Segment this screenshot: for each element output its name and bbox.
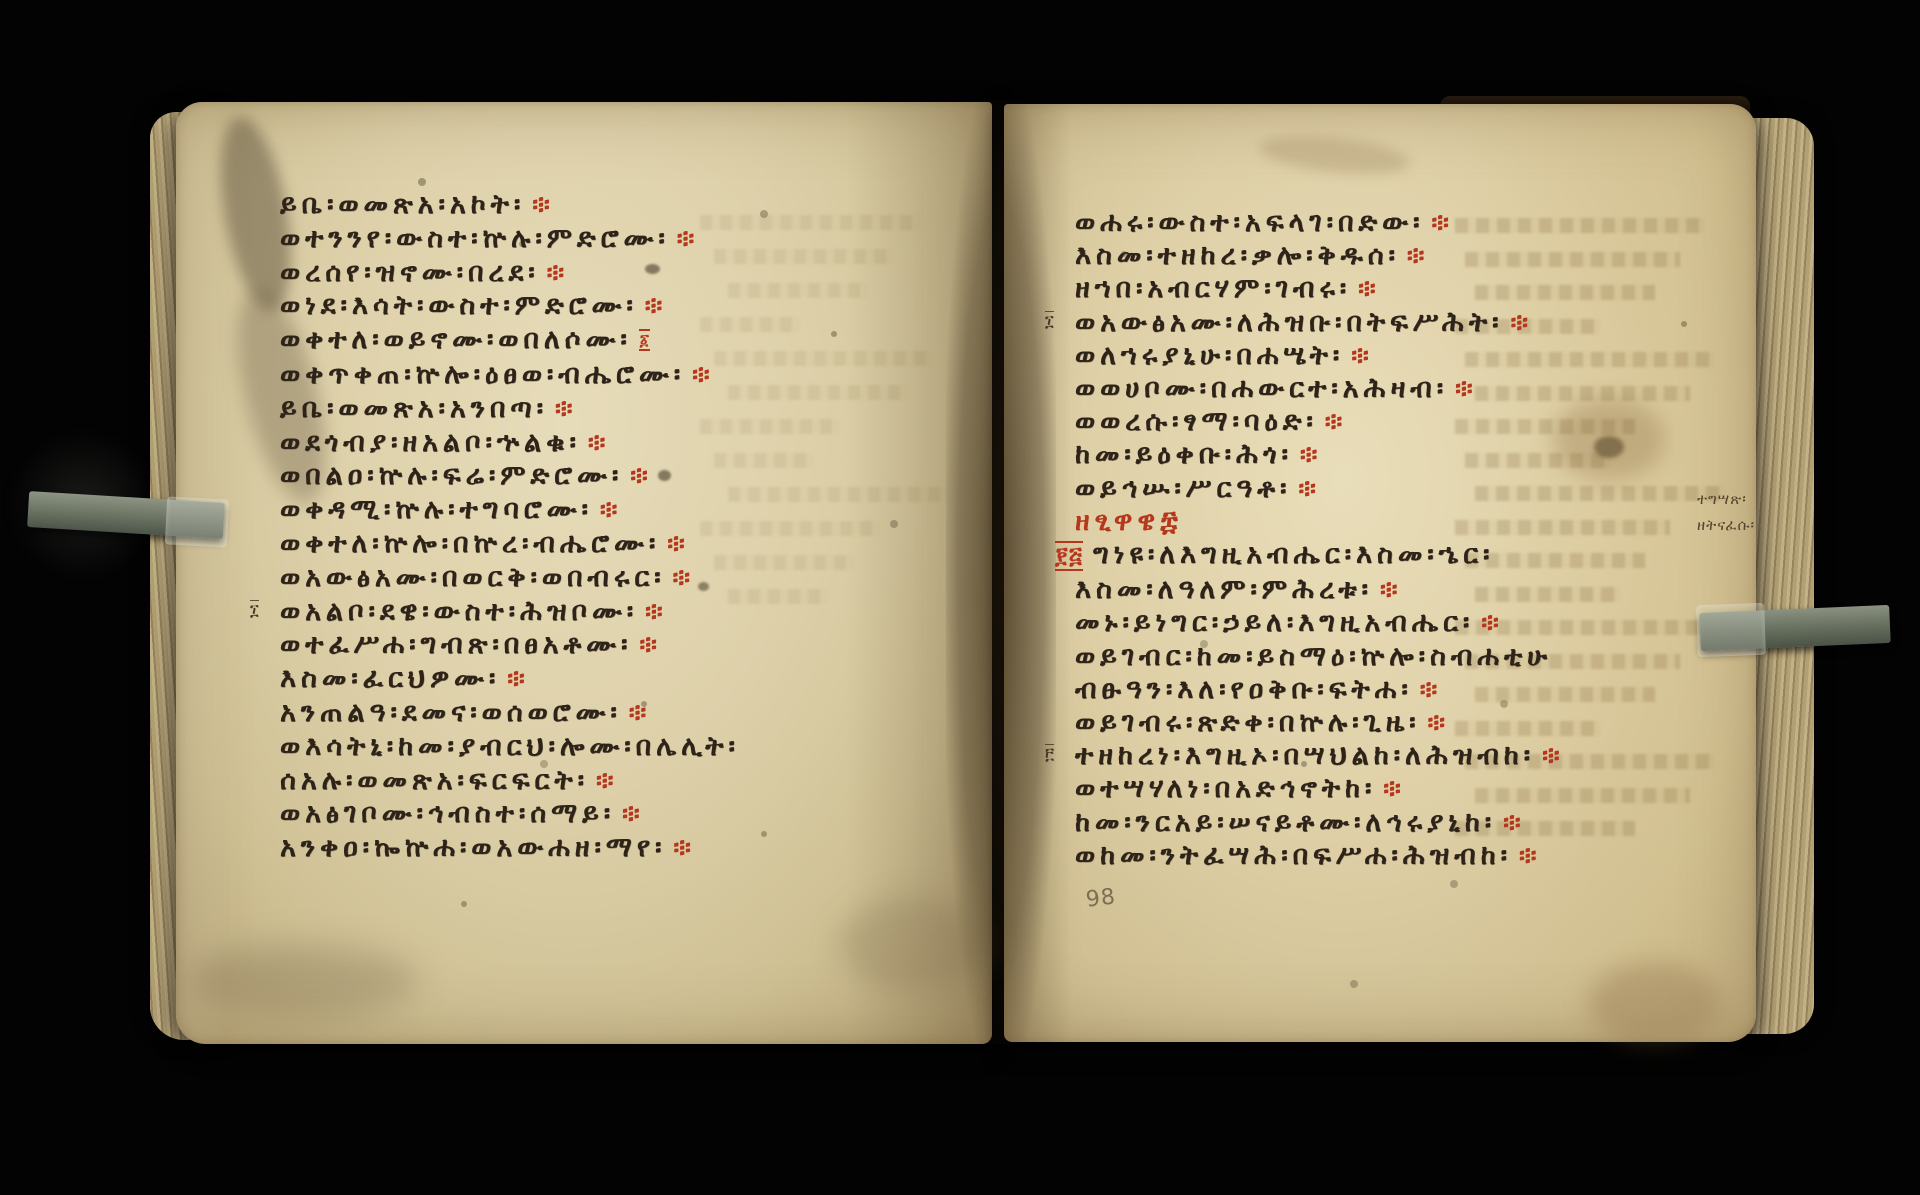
line-text: ወወረሱ፡ፃማ፡ባዕድ፡: [1075, 406, 1318, 437]
line-text: ወተሣሃለነ፡በአድኅኖትከ፡: [1075, 773, 1376, 804]
line-text: ወቀጥቀጠ፡ኵሎ፡ዕፀወ፡ብሔሮሙ፡: [280, 359, 685, 390]
verse-divider-mark: ፨: [622, 799, 645, 828]
text-line: ወቀዳሚ፡ኵሉ፡ተግባሮሙ፡፨: [280, 493, 740, 527]
psalm-number: ፻፭: [1055, 541, 1083, 571]
text-line: እስመ፡ተዘከረ፡ቃሎ፡ቅዱሰ፡፨: [1075, 239, 1565, 272]
text-line: ወተፈሥሐ፡ግብጽ፡በፀአቶሙ፡፨: [280, 628, 740, 662]
verse-divider-mark: ፨: [588, 428, 611, 457]
line-text: ወእሳትኒ፡ከመ፡ያብርህ፡ሎሙ፡በሌሊት፡: [280, 731, 740, 762]
page-number: 98: [1085, 884, 1118, 912]
verse-divider-mark: ፨: [547, 258, 570, 287]
text-line: ወለኀሩያኒሁ፡በሐሤት፡፨: [1075, 339, 1565, 372]
verse-divider-mark: ፨: [673, 833, 696, 862]
verse-divider-mark: ፨: [629, 698, 652, 727]
line-text: ወለኀሩያኒሁ፡በሐሤት፡: [1075, 340, 1344, 371]
line-text: ወነደ፡እሳት፡ውስተ፡ምድሮሙ፡: [280, 290, 638, 321]
line-text: ተዘከረነ፡እግዚኦ፡በሣህልከ፡ለሕዝብከ፡: [1075, 740, 1535, 771]
verse-divider-mark: ፨: [1519, 841, 1542, 870]
line-text: ሰአሉ፡ወመጽአ፡ፍርፍርት፡: [280, 765, 589, 796]
text-line: ከመ፡ንርአይ፡ሠናይቶሙ፡ለኅሩያኒከ፡፨: [1075, 806, 1565, 839]
text-line: ወአፅገቦሙ፡ኅብስተ፡ሰማይ፡፨: [280, 797, 740, 831]
verse-divider-mark: ፨: [1407, 241, 1430, 270]
line-text: ወተንንየ፡ውስተ፡ኵሉ፡ምድሮሙ፡: [280, 223, 670, 254]
verse-divider-mark: ፨: [555, 394, 578, 423]
text-line: ዘኀበ፡አብርሃም፡ገብሩ፡፨: [1075, 272, 1565, 305]
line-text: ወረሰየ፡ዝኖሙ፡በረደ፡: [280, 257, 540, 288]
verse-divider-mark: ፨: [1431, 208, 1454, 237]
text-line: ብፁዓን፡እለ፡የዐቅቡ፡ፍትሐ፡፨: [1075, 673, 1565, 706]
text-line: ወወሀቦሙ፡በሐውርተ፡አሕዛብ፡፨: [1075, 372, 1565, 405]
line-text: ይቤ፡ወመጽአ፡አንበጣ፡: [280, 393, 548, 424]
line-text: ብፁዓን፡እለ፡የዐቅቡ፡ፍትሐ፡: [1075, 674, 1413, 705]
verse-divider-mark: ፨: [1351, 341, 1374, 370]
stain: [838, 898, 990, 990]
line-text: ወበልዐ፡ኵሉ፡ፍሬ፡ምድሮሙ፡: [280, 460, 623, 491]
line-text: እስመ፡ተዘከረ፡ቃሎ፡ቅዱሰ፡: [1075, 240, 1400, 271]
line-text: ወቀተለ፡ወይኖሙ፡ወበለሶሙ፡: [280, 324, 632, 355]
verse-divider-mark: ፨: [673, 563, 696, 592]
text-line: ይቤ፡ወመጽአ፡አኮት፡፨: [280, 188, 740, 222]
text-line: ይቤ፡ወመጽአ፡አንበጣ፡፨: [280, 392, 740, 426]
line-text: ወአውፅአሙ፡ለሕዝቡ፡በትፍሥሕት፡: [1075, 307, 1503, 338]
line-text: ወቀዳሚ፡ኵሉ፡ተግባሮሙ፡: [280, 494, 593, 525]
bookmark-clip-right: [1696, 603, 1766, 657]
margin-section-numeral: ፫: [1045, 744, 1054, 762]
text-line: አንቀዐ፡ኰኵሐ፡ወአውሐዘ፡ማየ፡፨: [280, 831, 740, 865]
marginal-note: ተግሣጽ፡ ዘትናፈሱ፡: [1697, 486, 1755, 538]
line-text: ወይኅሡ፡ሥርዓቶ፡: [1075, 473, 1291, 504]
text-line: ወይገብር፡ከመ፡ይስማዕ፡ኵሎ፡ስብሐቲሁ: [1075, 640, 1565, 673]
line-text: ወከመ፡ንትፈሣሕ፡በፍሥሐ፡ሕዝብከ፡: [1075, 840, 1512, 871]
line-text: አንቀዐ፡ኰኵሐ፡ወአውሐዘ፡ማየ፡: [280, 832, 666, 863]
verse-divider-mark: ፨: [1510, 308, 1533, 337]
verse-divider-mark: ፨: [645, 291, 668, 320]
verse-divider-mark: ፨: [1503, 808, 1526, 837]
text-line: አንጠልዓ፡ደመና፡ወሰወሮሙ፡፨: [280, 696, 740, 730]
margin-section-numeral: ፲: [250, 600, 259, 618]
line-text: ወይገብር፡ከመ፡ይስማዕ፡ኵሎ፡ስብሐቲሁ: [1075, 641, 1552, 672]
text-line: ወነደ፡እሳት፡ውስተ፡ምድሮሙ፡፨: [280, 289, 740, 323]
bleed-through-row: [728, 385, 908, 400]
marginal-note-line: ዘትናፈሱ፡: [1697, 512, 1755, 538]
book-gutter-shadow: [946, 100, 1056, 1044]
bleed-through-row: [714, 351, 934, 366]
verse-divider-mark: ፨: [1383, 774, 1406, 803]
verse-divider-mark: ፨: [1481, 608, 1504, 637]
text-line: እስመ፡ለዓለም፡ምሕረቱ፡፨: [1075, 573, 1565, 606]
verse-divider-mark: ፨: [1455, 374, 1478, 403]
text-line: ወበልዐ፡ኵሉ፡ፍሬ፡ምድሮሙ፡፨: [280, 459, 740, 493]
verse-divider-mark: ፨: [596, 766, 619, 795]
verse-divider-mark: ፨: [1358, 274, 1381, 303]
verse-divider-mark: ፨: [507, 664, 530, 693]
verse-divider-mark: ፨: [639, 630, 662, 659]
line-text: ይቤ፡ወመጽአ፡አኮት፡: [280, 189, 525, 220]
verse-divider-mark: ፨: [630, 461, 653, 490]
text-line: ወይገብሩ፡ጽድቀ፡በኵሉ፡ጊዜ፡፨: [1075, 706, 1565, 739]
text-line: ወወረሱ፡ፃማ፡ባዕድ፡፨: [1075, 405, 1565, 438]
text-line: ፲ወአውፅአሙ፡ለሕዝቡ፡በትፍሥሕት፡፨: [1075, 306, 1565, 339]
line-text: ወሐሩ፡ውስተ፡አፍላገ፡በድው፡: [1075, 207, 1424, 238]
line-text: እስመ፡ፈርህዎሙ፡: [280, 663, 500, 694]
text-line: ወከመ፡ንትፈሣሕ፡በፍሥሐ፡ሕዝብከ፡፨: [1075, 839, 1565, 872]
line-text: ዘፂዋዌ፰: [1075, 506, 1183, 537]
line-text: ወቀተለ፡ኵሎ፡በኵረ፡ብሔሮሙ፡: [280, 528, 660, 559]
text-line: ወቀጥቀጠ፡ኵሎ፡ዕፀወ፡ብሔሮሙ፡፨: [280, 358, 740, 392]
verse-divider-mark: ፨: [532, 190, 555, 219]
text-line: ወአውፅአሙ፡በወርቅ፡ወበብሩር፡፨: [280, 561, 740, 595]
margin-section-numeral: ፲: [1045, 311, 1054, 329]
stain: [1588, 962, 1720, 1044]
verse-divider-mark: ፨: [1325, 407, 1348, 436]
line-text: ወወሀቦሙ፡በሐውርተ፡አሕዛብ፡: [1075, 373, 1448, 404]
line-text: ወአውፅአሙ፡በወርቅ፡ወበብሩር፡: [280, 562, 666, 593]
text-line: ወተንንየ፡ውስተ፡ኵሉ፡ምድሮሙ፡፨: [280, 222, 740, 256]
text-line: ፻፭ግነዩ፡ለእግዚአብሔር፡እስመ፡ኄር፡: [1075, 538, 1565, 573]
text-line: ወእሳትኒ፡ከመ፡ያብርህ፡ሎሙ፡በሌሊት፡: [280, 730, 740, 764]
stain: [188, 944, 418, 1018]
text-line: ወተሣሃለነ፡በአድኅኖትከ፡፨: [1075, 772, 1565, 805]
verse-divider-mark: ፨: [1380, 575, 1403, 604]
right-page-stack-edge: [1748, 118, 1814, 1034]
text-line: እስመ፡ፈርህዎሙ፡፨: [280, 662, 740, 696]
bookmark-clip-left: [165, 496, 229, 547]
right-page-text-column: ወሐሩ፡ውስተ፡አፍላገ፡በድው፡፨እስመ፡ተዘከረ፡ቃሎ፡ቅዱሰ፡፨ዘኀበ፡አ…: [1075, 206, 1565, 872]
marginal-note-line: ተግሣጽ፡: [1697, 486, 1755, 512]
text-line: መኑ፡ይነግር፡ኃይለ፡እግዚአብሔር፡፨: [1075, 606, 1565, 639]
verse-divider-mark: ፨: [1298, 474, 1321, 503]
text-line: ወቀተለ፡ኵሎ፡በኵረ፡ብሔሮሙ፡፨: [280, 527, 740, 561]
left-page-text-column: ይቤ፡ወመጽአ፡አኮት፡፨ወተንንየ፡ውስተ፡ኵሉ፡ምድሮሙ፡፨ወረሰየ፡ዝኖሙ…: [280, 188, 740, 865]
bleed-through-row: [728, 487, 948, 502]
bleed-through-row: [728, 589, 828, 604]
manuscript-book: ይቤ፡ወመጽአ፡አኮት፡፨ወተንንየ፡ውስተ፡ኵሉ፡ምድሮሙ፡፨ወረሰየ፡ዝኖሙ…: [0, 0, 1920, 1195]
verse-divider-mark: ፨: [667, 529, 690, 558]
verse-divider-mark: ፨: [677, 224, 700, 253]
verse-divider-mark: ፩: [639, 329, 650, 351]
text-line: ሰአሉ፡ወመጽአ፡ፍርፍርት፡፨: [280, 764, 740, 798]
verse-divider-mark: ፨: [692, 360, 715, 389]
text-line: ወሐሩ፡ውስተ፡አፍላገ፡በድው፡፨: [1075, 206, 1565, 239]
text-line: ፫ተዘከረነ፡እግዚኦ፡በሣህልከ፡ለሕዝብከ፡፨: [1075, 739, 1565, 772]
line-text: ወደጎብያ፡ዘአልቦ፡ኍልቁ፡: [280, 427, 581, 458]
line-text: እስመ፡ለዓለም፡ምሕረቱ፡: [1075, 574, 1373, 605]
line-text: ከመ፡ንርአይ፡ሠናይቶሙ፡ለኅሩያኒከ፡: [1075, 807, 1496, 838]
line-text: ግነዩ፡ለእግዚአብሔር፡እስመ፡ኄር፡: [1093, 539, 1494, 570]
line-text: ወአፅገቦሙ፡ኅብስተ፡ሰማይ፡: [280, 798, 615, 829]
line-text: መኑ፡ይነግር፡ኃይለ፡እግዚአብሔር፡: [1075, 607, 1474, 638]
bleed-through-row: [714, 249, 894, 264]
verse-divider-mark: ፨: [1542, 741, 1565, 770]
text-line: ፲ወአልቦ፡ደዌ፡ውስተ፡ሕዝቦሙ፡፨: [280, 595, 740, 629]
text-line: ወረሰየ፡ዝኖሙ፡በረደ፡፨: [280, 256, 740, 290]
parchment-specks: [0, 0, 4, 4]
bleed-through-row: [728, 283, 868, 298]
line-text: ወይገብሩ፡ጽድቀ፡በኵሉ፡ጊዜ፡: [1075, 707, 1421, 738]
verse-divider-mark: ፨: [600, 495, 623, 524]
verse-divider-mark: ፨: [1420, 675, 1443, 704]
verse-divider-mark: ፨: [1428, 708, 1451, 737]
rubric-line: ዘፂዋዌ፰: [1075, 505, 1565, 538]
line-text: ወተፈሥሐ፡ግብጽ፡በፀአቶሙ፡: [280, 629, 632, 660]
text-line: ወይኅሡ፡ሥርዓቶ፡፨: [1075, 472, 1565, 505]
text-line: ከመ፡ይዕቀቡ፡ሕጎ፡፨: [1075, 438, 1565, 471]
text-line: ወደጎብያ፡ዘአልቦ፡ኍልቁ፡፨: [280, 426, 740, 460]
line-text: ወአልቦ፡ደዌ፡ውስተ፡ሕዝቦሙ፡: [280, 596, 638, 627]
line-text: ከመ፡ይዕቀቡ፡ሕጎ፡: [1075, 439, 1293, 470]
verse-divider-mark: ፨: [645, 597, 668, 626]
line-text: ዘኀበ፡አብርሃም፡ገብሩ፡: [1075, 273, 1351, 304]
line-text: አንጠልዓ፡ደመና፡ወሰወሮሙ፡: [280, 697, 622, 728]
text-line: ወቀተለ፡ወይኖሙ፡ወበለሶሙ፡፩: [280, 323, 740, 358]
verse-divider-mark: ፨: [1300, 440, 1323, 469]
